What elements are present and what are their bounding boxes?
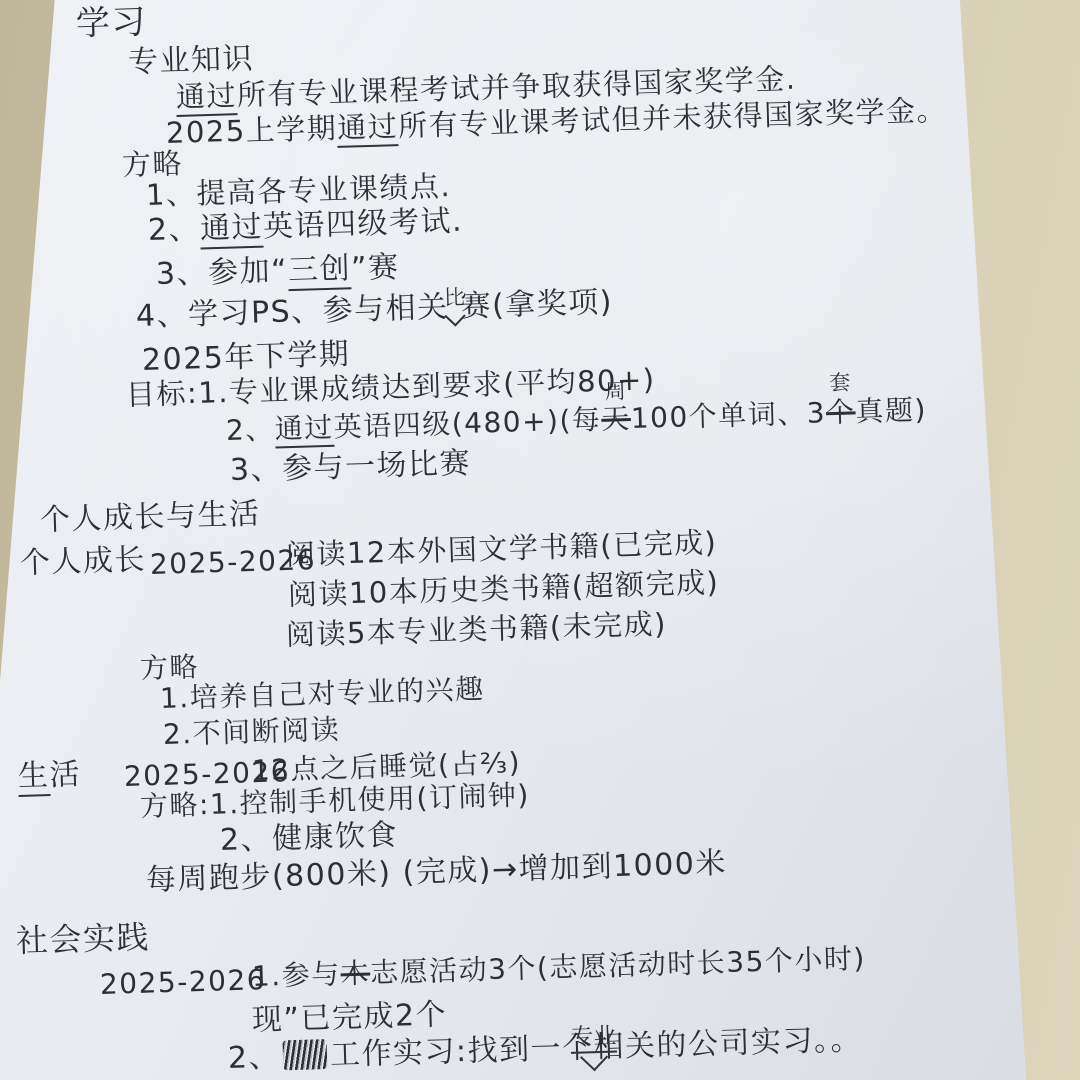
volunteer-status: 现”已完成2个: [252, 998, 448, 1037]
photo-of-handwritten-notes: { "study": { "heading": "学习", "sub1": "专…: [0, 0, 1080, 1080]
item-text: 英语四级考试.: [263, 204, 464, 245]
subheading-professional-knowledge: 专业知识: [128, 42, 255, 79]
struck-char: 木: [340, 957, 370, 991]
underlined-word: 通过: [274, 411, 334, 449]
item-text: ”赛: [351, 250, 401, 286]
item-number: 2、: [227, 1039, 280, 1076]
strategy-label: 方略: [140, 652, 200, 685]
correction: 个套: [826, 397, 856, 429]
section-heading-study: 学习: [75, 4, 147, 43]
target-item-3: 3、参与一场比赛: [230, 447, 472, 487]
row-label-personal-growth: 个人成长: [20, 543, 147, 580]
struck-char: 天: [601, 402, 631, 436]
years-range: 2025-2026: [100, 965, 267, 1001]
strategy-item-3: 3、参加“三创”赛: [156, 251, 401, 291]
inserted-char: 周: [604, 380, 626, 404]
item-text: 真题): [855, 393, 927, 428]
underlined-word: 生: [17, 758, 50, 797]
underlined-word: 通过: [337, 109, 399, 148]
underlined-word: 三创: [288, 251, 352, 291]
item-text: 100个单词、3: [630, 396, 826, 435]
inserted-char: 套: [829, 371, 851, 395]
item-text: 赛(拿奖项): [460, 285, 613, 325]
growth-strategy-2: 2.不间断阅读: [163, 715, 341, 751]
item-text: 1.参与: [251, 957, 341, 993]
row-label-life: 生活: [18, 758, 82, 793]
struck-char: 个: [826, 395, 856, 429]
item-number: 2、: [147, 211, 200, 248]
item-number: 2、: [225, 413, 275, 447]
correction: 天周: [601, 404, 631, 436]
life-strategy-2: 2、健康饮食: [220, 819, 399, 857]
label-text: 活: [49, 757, 82, 793]
item-text: 3、参加“: [155, 253, 288, 292]
goal-text: 2025上学期: [165, 111, 337, 150]
underlined-word: 通过: [200, 210, 264, 250]
underlined-word: 通过: [175, 78, 237, 117]
scribbled-out-text: [283, 1039, 328, 1070]
section-heading-growth-life: 个人成长与生活: [40, 497, 261, 537]
section-heading-social-practice: 社会实践: [15, 920, 150, 959]
term-heading-2025-second: 2025年下学期: [142, 338, 351, 377]
